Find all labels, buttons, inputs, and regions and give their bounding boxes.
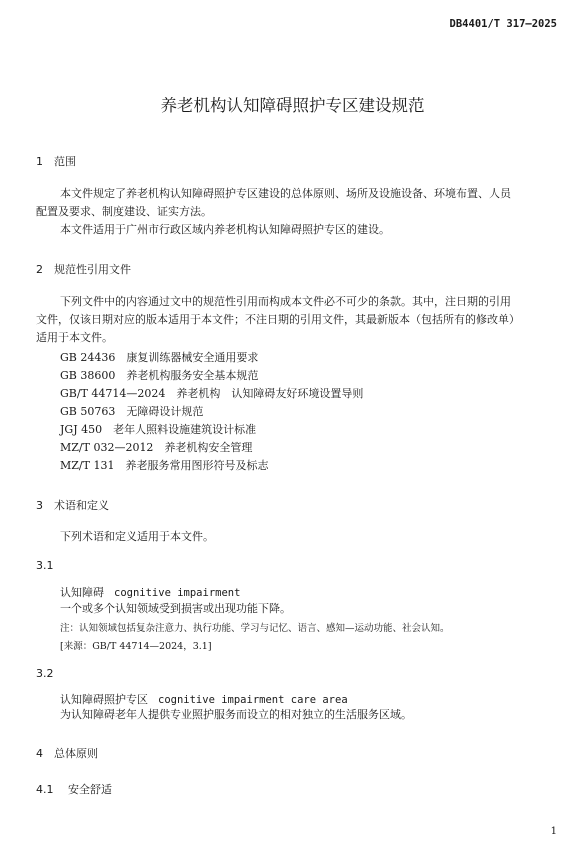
reference-item: GB 24436 康复训练器械安全通用要求 <box>60 349 258 365</box>
document-title: 养老机构认知障碍照护专区建设规范 <box>0 92 585 116</box>
term-en: cognitive impairment care area <box>158 694 348 706</box>
section-1-para-2: 本文件适用于广州市行政区域内养老机构认知障碍照护专区的建设。 <box>60 221 390 239</box>
section-title: 规范性引用文件 <box>54 263 131 276</box>
reference-item: JGJ 450 老年人照料设施建筑设计标准 <box>60 421 256 437</box>
section-1-para-1-line-1: 本文件规定了养老机构认知障碍照护专区建设的总体原则、场所及设施设备、环境布置、人… <box>60 185 511 203</box>
term-en: cognitive impairment <box>114 587 240 599</box>
reference-item: GB 50763 无障碍设计规范 <box>60 403 203 419</box>
term-source: [来源：GB/T 44714—2024，3.1] <box>60 638 212 652</box>
subsection-title: 安全舒适 <box>68 783 112 796</box>
reference-item: MZ/T 032—2012 养老机构安全管理 <box>60 439 252 455</box>
reference-title: 养老机构安全管理 <box>164 441 252 454</box>
term-heading: 认知障碍cognitive impairment <box>60 584 240 600</box>
section-1-heading: 1范围 <box>36 153 76 169</box>
reference-item: MZ/T 131 养老服务常用图形符号及标志 <box>60 457 268 473</box>
reference-code: MZ/T 032—2012 <box>60 441 153 454</box>
section-number: 4 <box>36 747 54 760</box>
section-number: 3 <box>36 499 54 512</box>
term-zh: 认知障碍 <box>60 586 104 599</box>
term-number: 3.1 <box>36 559 54 572</box>
section-1-para-1-line-2: 配置及要求、制度建设、证实方法。 <box>36 203 212 221</box>
page-number: 1 <box>551 826 557 837</box>
reference-title: 养老机构服务安全基本规范 <box>126 369 258 382</box>
reference-code: MZ/T 131 <box>60 459 114 472</box>
reference-code: GB/T 44714—2024 <box>60 387 165 400</box>
section-3-intro: 下列术语和定义适用于本文件。 <box>60 528 214 546</box>
term-definition: 一个或多个认知领域受到损害或出现功能下降。 <box>60 600 291 618</box>
reference-code: GB 38600 <box>60 369 115 382</box>
section-number: 1 <box>36 155 54 168</box>
reference-title: 康复训练器械安全通用要求 <box>126 351 258 364</box>
subsection-4-1-heading: 4.1安全舒适 <box>36 781 112 797</box>
section-number: 2 <box>36 263 54 276</box>
term-note: 注：认知领域包括复杂注意力、执行功能、学习与记忆、语言、感知—运动功能、社会认知… <box>60 620 450 634</box>
term-definition: 为认知障碍老年人提供专业照护服务而设立的相对独立的生活服务区域。 <box>60 706 412 724</box>
reference-item: GB 38600 养老机构服务安全基本规范 <box>60 367 258 383</box>
section-title: 范围 <box>54 155 76 168</box>
reference-code: GB 50763 <box>60 405 115 418</box>
reference-code: GB 24436 <box>60 351 115 364</box>
section-4-heading: 4总体原则 <box>36 745 98 761</box>
reference-title: 养老服务常用图形符号及标志 <box>125 459 268 472</box>
reference-title: 无障碍设计规范 <box>126 405 203 418</box>
section-title: 总体原则 <box>54 747 98 760</box>
section-2-para-line-1: 下列文件中的内容通过文中的规范性引用而构成本文件必不可少的条款。其中，注日期的引… <box>60 293 511 311</box>
term-heading: 认知障碍照护专区cognitive impairment care area <box>60 691 348 707</box>
section-title: 术语和定义 <box>54 499 109 512</box>
section-2-heading: 2规范性引用文件 <box>36 261 131 277</box>
reference-code: JGJ 450 <box>60 423 102 436</box>
reference-item: GB/T 44714—2024 养老机构 认知障碍友好环境设置导则 <box>60 385 363 401</box>
subsection-number: 4.1 <box>36 783 68 796</box>
term-number: 3.2 <box>36 667 54 680</box>
section-3-heading: 3术语和定义 <box>36 497 109 513</box>
document-code-header: DB4401/T 317—2025 <box>450 18 557 30</box>
section-2-para-line-3: 适用于本文件。 <box>36 329 113 347</box>
term-zh: 认知障碍照护专区 <box>60 693 148 706</box>
section-2-para-line-2: 文件，仅该日期对应的版本适用于本文件；不注日期的引用文件，其最新版本（包括所有的… <box>36 311 520 329</box>
reference-title: 老年人照料设施建筑设计标准 <box>113 423 256 436</box>
reference-title: 养老机构 认知障碍友好环境设置导则 <box>176 387 363 400</box>
